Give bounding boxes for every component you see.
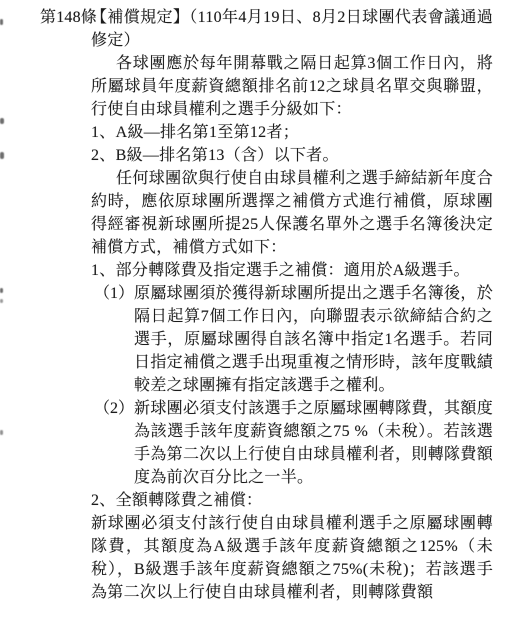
method-2-label: 2、全額轉隊費之補償： bbox=[91, 489, 493, 512]
intro-paragraph: 各球團應於每年開幕戰之隔日起算3個工作日內，將所屬球員年度薪資總額排名前12之球… bbox=[91, 52, 493, 121]
method-2-body: 新球團必須支付該行使自由球員權利選手之原屬球團轉隊費，其額度為A級選手該年度薪資… bbox=[91, 512, 493, 604]
article-148: 第148條 【補償規定】（110年4月19日、8月2日球團代表會議通過修定） 各… bbox=[0, 6, 529, 604]
grade-item-b: 2、B級—排名第13（含）以下者。 bbox=[91, 144, 493, 167]
article-number: 第148條 bbox=[40, 6, 97, 29]
method-1-label: 1、部分轉隊費及指定選手之補償：適用於A級選手。 bbox=[91, 259, 493, 282]
clause-2-text: 新球團必須支付該選手之原屬球團轉隊費，其額度為該選手該年度薪資總額之75 %（未… bbox=[134, 397, 493, 489]
document-page: 第148條 【補償規定】（110年4月19日、8月2日球團代表會議通過修定） 各… bbox=[0, 0, 529, 640]
method-1-clause-2: （2） 新球團必須支付該選手之原屬球團轉隊費，其額度為該選手該年度薪資總額之75… bbox=[91, 397, 493, 489]
article-block: 第148條 【補償規定】（110年4月19日、8月2日球團代表會議通過修定） 各… bbox=[0, 6, 529, 604]
clause-2-marker: （2） bbox=[94, 397, 134, 420]
compensation-intro-paragraph: 任何球團欲與行使自由球員權利之選手締結新年度合約時，應依原球團所選擇之補償方式進… bbox=[91, 167, 493, 259]
grade-item-a: 1、A級—排名第1至第12者； bbox=[91, 121, 493, 144]
method-1-clause-1: （1） 原屬球團須於獲得新球團所提出之選手名簿後，於隔日起算7個工作日內，向聯盟… bbox=[91, 282, 493, 397]
article-heading: 【補償規定】（110年4月19日、8月2日球團代表會議通過修定） bbox=[91, 6, 493, 52]
article-title: 【補償規定】 bbox=[91, 9, 189, 26]
article-content: 【補償規定】（110年4月19日、8月2日球團代表會議通過修定） 各球團應於每年… bbox=[91, 6, 493, 604]
clause-1-text: 原屬球團須於獲得新球團所提出之選手名簿後，於隔日起算7個工作日內，向聯盟表示欲締… bbox=[134, 282, 493, 397]
clause-1-marker: （1） bbox=[94, 282, 134, 305]
